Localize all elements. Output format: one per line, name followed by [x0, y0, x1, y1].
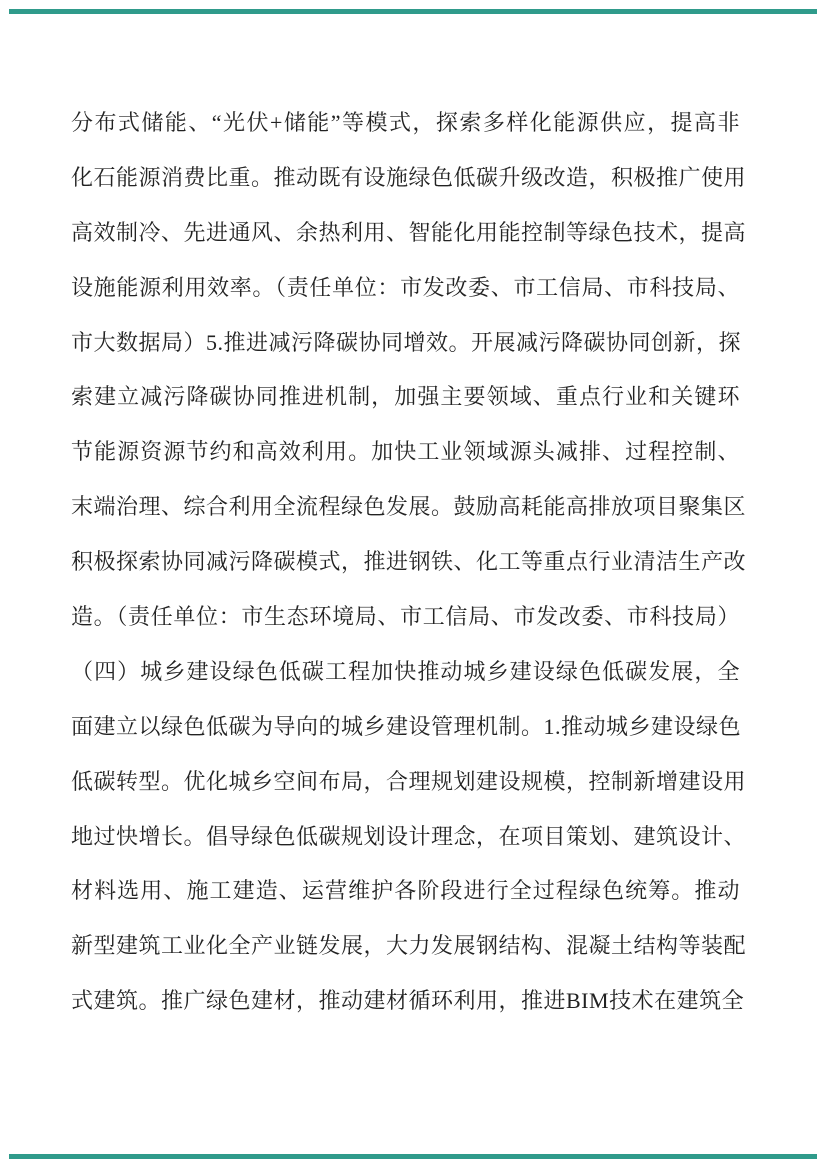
- text-line-10: 造。（责任单位：市生态环境局、市工信局、市发改委、市科技局）: [71, 590, 740, 645]
- text-line-1: 分布式储能、“光伏+储能”等模式，探索多样化能源供应，提高非: [71, 96, 740, 151]
- text-line-4: 设施能源利用效率。（责任单位：市发改委、市工信局、市科技局、: [71, 261, 740, 316]
- top-border-rule: [9, 9, 817, 14]
- text-line-11: （四）城乡建设绿色低碳工程加快推动城乡建设绿色低碳发展，全: [71, 645, 740, 700]
- text-line-15: 材料选用、施工建造、运营维护各阶段进行全过程绿色统筹。推动: [71, 864, 740, 919]
- text-line-16: 新型建筑工业化全产业链发展，大力发展钢结构、混凝土结构等装配: [71, 919, 740, 974]
- text-line-6: 索建立减污降碳协同推进机制，加强主要领域、重点行业和关键环: [71, 370, 740, 425]
- text-line-8: 末端治理、综合利用全流程绿色发展。鼓励高耗能高排放项目聚集区: [71, 480, 740, 535]
- text-line-17: 式建筑。推广绿色建材，推动建材循环利用，推进BIM技术在建筑全: [71, 974, 740, 1029]
- text-line-5: 市大数据局）5.推进减污降碳协同增效。开展减污降碳协同创新，探: [71, 316, 740, 371]
- text-line-2: 化石能源消费比重。推动既有设施绿色低碳升级改造，积极推广使用: [71, 151, 740, 206]
- text-line-12: 面建立以绿色低碳为导向的城乡建设管理机制。1.推动城乡建设绿色: [71, 700, 740, 755]
- text-line-9: 积极探索协同减污降碳模式，推进钢铁、化工等重点行业清洁生产改: [71, 535, 740, 590]
- text-line-3: 高效制冷、先进通风、余热利用、智能化用能控制等绿色技术，提高: [71, 206, 740, 261]
- text-line-14: 地过快增长。倡导绿色低碳规划设计理念，在项目策划、建筑设计、: [71, 810, 740, 865]
- text-line-13: 低碳转型。优化城乡空间布局，合理规划建设规模，控制新增建设用: [71, 755, 740, 810]
- document-page: 分布式储能、“光伏+储能”等模式，探索多样化能源供应，提高非 化石能源消费比重。…: [0, 0, 826, 1169]
- text-line-7: 节能源资源节约和高效利用。加快工业领域源头减排、过程控制、: [71, 425, 740, 480]
- bottom-border-rule: [9, 1154, 817, 1159]
- document-text-block: 分布式储能、“光伏+储能”等模式，探索多样化能源供应，提高非 化石能源消费比重。…: [71, 96, 740, 1029]
